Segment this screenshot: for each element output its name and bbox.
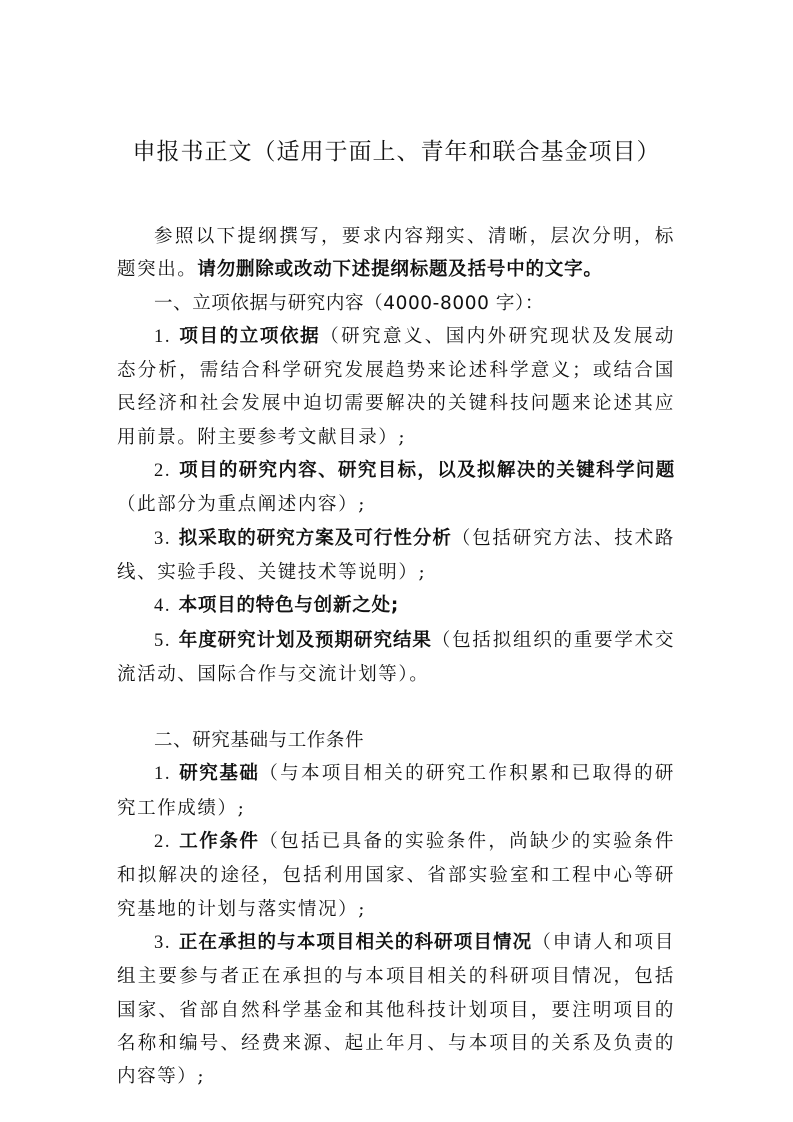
item-title: 工作条件 (179, 831, 259, 852)
item-title: 研究基础 (179, 763, 259, 784)
item-title: 年度研究计划及预期研究结果 (179, 630, 432, 651)
item-title: 拟采取的研究方案及可行性分析 (179, 528, 452, 549)
section-1-item-4: 4. 本项目的特色与创新之处; (117, 589, 675, 623)
section-2-item-1: 1. 研究基础（与本项目相关的研究工作积累和已取得的研究工作成绩）; (117, 757, 675, 825)
item-number: 1. (154, 327, 171, 347)
section-1-item-3: 3. 拟采取的研究方案及可行性分析（包括研究方法、技术路线、实验手段、关键技术等… (117, 522, 675, 590)
section-1-item-5: 5. 年度研究计划及预期研究结果（包括拟组织的重要学术交流活动、国际合作与交流计… (117, 624, 675, 692)
item-title: 项目的立项依据 (179, 326, 320, 347)
item-title: 项目的研究内容、研究目标，以及拟解决的关键科学问题 (179, 460, 675, 481)
section-2-item-3: 3. 正在承担的与本项目相关的科研项目情况（申请人和项目组主要参与者正在承担的与… (117, 926, 675, 1093)
item-number: 3. (154, 933, 171, 953)
section-1-heading: 一、立项依据与研究内容（4000-8000 字）： (117, 287, 675, 320)
document-page: 申报书正文（适用于面上、青年和联合基金项目） 参照以下提纲撰写，要求内容翔实、清… (0, 0, 793, 1122)
section-spacer (117, 691, 675, 724)
section-1-item-1: 1. 项目的立项依据（研究意义、国内外研究现状及发展动态分析，需结合科学研究发展… (117, 320, 675, 454)
intro-warning: 请勿删除或改动下述提纲标题及括号中的文字。 (197, 259, 602, 280)
document-body: 参照以下提纲撰写，要求内容翔实、清晰，层次分明，标题突出。请勿删除或改动下述提纲… (117, 220, 675, 1093)
item-number: 1. (154, 764, 171, 784)
section-2-item-2: 2. 工作条件（包括已具备的实验条件，尚缺少的实验条件和拟解决的途径，包括利用国… (117, 825, 675, 926)
section-heading-text: 一、立项依据与研究内容（4000-8000 字）： (154, 293, 544, 314)
section-1-item-2: 2. 项目的研究内容、研究目标，以及拟解决的关键科学问题（此部分为重点阐述内容）… (117, 454, 675, 522)
item-note: （此部分为重点阐述内容）; (117, 494, 366, 515)
item-number: 5. (154, 631, 171, 651)
section-heading-text: 二、研究基础与工作条件 (154, 730, 364, 751)
item-number: 3. (154, 529, 171, 549)
document-title: 申报书正文（适用于面上、青年和联合基金项目） (0, 137, 793, 167)
item-title: 正在承担的与本项目相关的科研项目情况 (179, 932, 532, 953)
intro-paragraph: 参照以下提纲撰写，要求内容翔实、清晰，层次分明，标题突出。请勿删除或改动下述提纲… (117, 220, 675, 287)
item-title: 本项目的特色与创新之处; (179, 595, 400, 616)
item-number: 2. (154, 832, 171, 852)
item-number: 4. (154, 596, 171, 616)
item-note: （申请人和项目组主要参与者正在承担的与本项目相关的科研项目情况，包括国家、省部自… (117, 932, 675, 1087)
section-2-heading: 二、研究基础与工作条件 (117, 724, 675, 757)
item-number: 2. (154, 461, 171, 481)
